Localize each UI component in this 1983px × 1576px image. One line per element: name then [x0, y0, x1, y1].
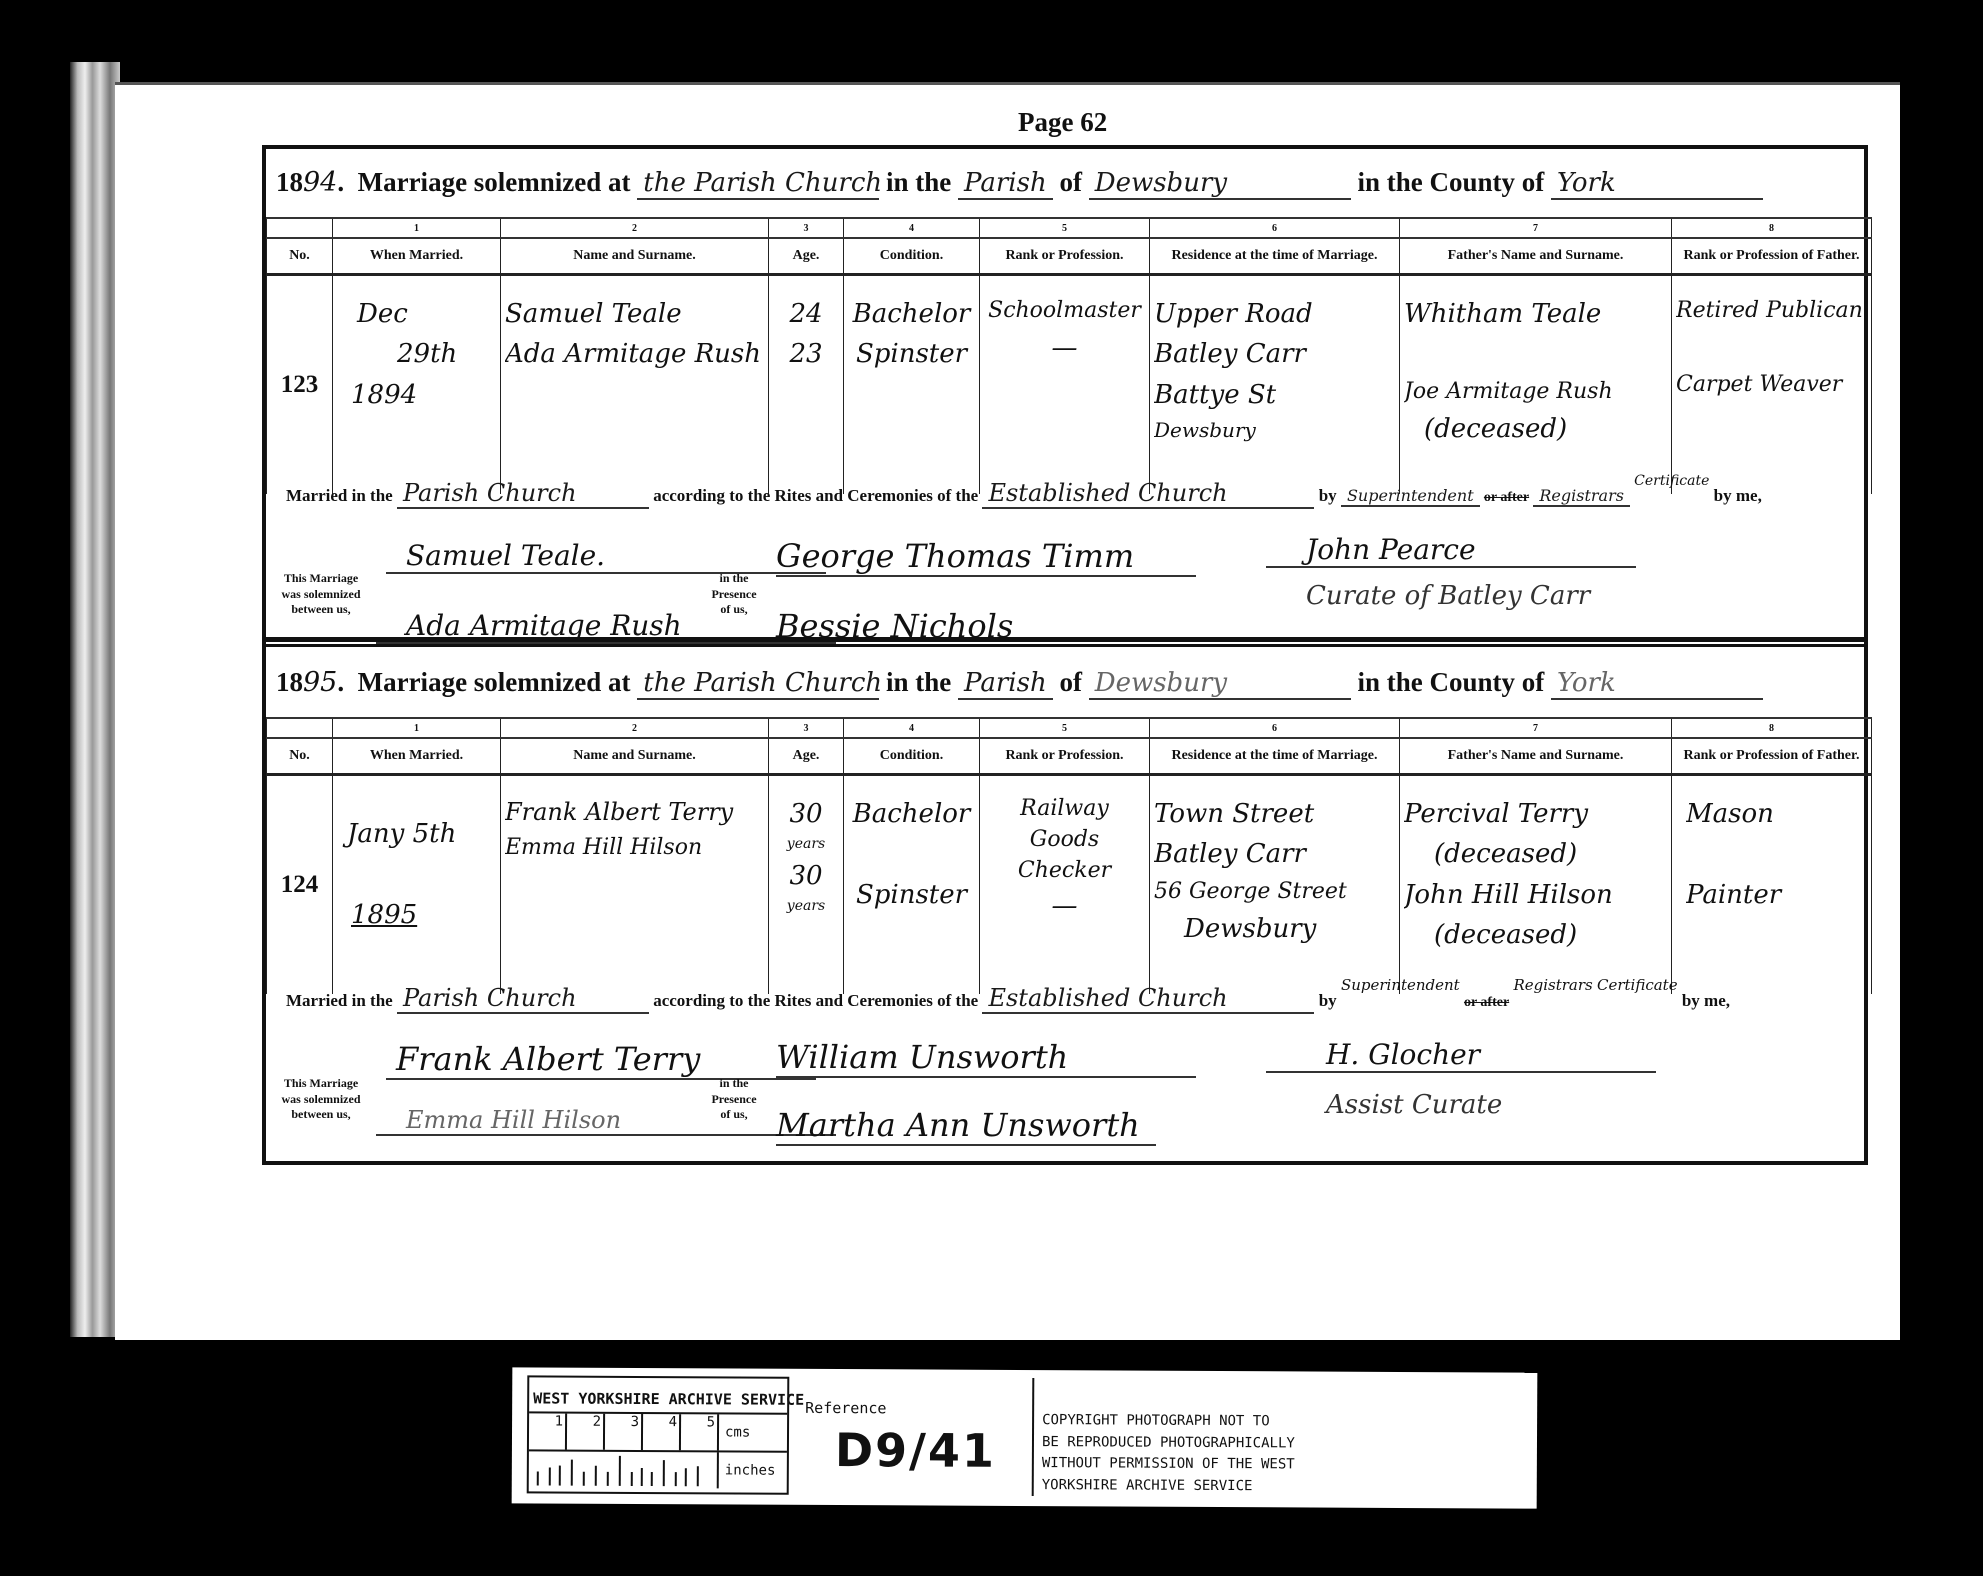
married-in-field: Parish Church [397, 479, 649, 509]
header-father-name: Father's Name and Surname. [1400, 738, 1672, 775]
day: 29th [337, 334, 496, 374]
groom-profession: Schoolmaster [984, 294, 1145, 328]
deceased-note: (deceased) [1404, 834, 1667, 874]
groom-signature: Samuel Teale. [386, 539, 826, 574]
header-age: Age. [769, 238, 844, 275]
year-printed: 18 [276, 167, 303, 198]
year-period: . [337, 667, 351, 698]
year-handwritten: 95 [303, 667, 337, 698]
bride-age: 30 [773, 856, 839, 896]
certificate-note: Certificate [1634, 473, 1709, 489]
witness-1-signature: George Thomas Timm [776, 537, 1196, 577]
married-in-label: Married in the [286, 991, 393, 1010]
residence-cell: Town Street Batley Carr 56 George Street… [1150, 775, 1400, 995]
year-period: . [337, 167, 351, 198]
parish-field: Dewsbury [1089, 668, 1351, 700]
groom-father-name: Percival Terry [1404, 794, 1667, 834]
parish-word-field: Parish [958, 668, 1053, 700]
header-no: No. [267, 238, 333, 275]
rites-field: Established Church [982, 984, 1314, 1014]
column-number: 8 [1672, 218, 1872, 238]
of-label: of [1059, 667, 1082, 698]
header-when-married: When Married. [333, 238, 501, 275]
columns-label [267, 718, 333, 738]
bride-profession: — [984, 328, 1145, 368]
label-line: Presence [704, 1092, 764, 1108]
groom-residence-line: Upper Road [1154, 294, 1395, 334]
header-age: Age. [769, 738, 844, 775]
column-number: 1 [333, 218, 501, 238]
cm-unit: cms [719, 1414, 787, 1450]
condition-cell: Bachelor Spinster [844, 775, 980, 995]
copyright-line: YORKSHIRE ARCHIVE SERVICE [1042, 1475, 1532, 1499]
father-name-cell: Percival Terry (deceased) John Hill Hils… [1400, 775, 1672, 995]
column-number: 2 [501, 718, 769, 738]
bride-name: Emma Hill Hilson [505, 831, 764, 865]
authority-field-2: Registrars [1513, 976, 1592, 994]
name-cell: Frank Albert Terry Emma Hill Hilson [501, 775, 769, 995]
parish-field: Dewsbury [1089, 168, 1351, 200]
this-marriage-label: This Marriage was solemnized between us, [276, 1076, 366, 1123]
bride-residence-line: 56 George Street [1154, 875, 1395, 909]
header-profession: Rank or Profession. [980, 738, 1150, 775]
year-handwritten: 94 [303, 167, 337, 198]
married-in-line: Married in the Parish Church according t… [286, 984, 1730, 1014]
label-line: in the [704, 1076, 764, 1092]
rites-label: according to the Rites and Ceremonies of… [653, 486, 978, 505]
label-line: was solemnized [276, 587, 366, 603]
groom-profession: Railway Goods Checker [984, 794, 1145, 886]
officiant-title: Curate of Batley Carr [1306, 581, 1590, 611]
columns-label [267, 218, 333, 238]
by-label: by [1319, 991, 1337, 1010]
certificate-note: Certificate [1597, 976, 1678, 994]
column-number: 5 [980, 718, 1150, 738]
officiant-signature: H. Glocher [1266, 1038, 1656, 1073]
table-row: 124 Jany 5th 1895 Frank Albert Terry Emm… [267, 775, 1872, 995]
book-binding-edge [70, 62, 120, 1337]
header-residence: Residence at the time of Marriage. [1150, 738, 1400, 775]
header-no: No. [267, 738, 333, 775]
scale-ruler-block: WEST YORKSHIRE ARCHIVE SERVICE 1 2 3 4 5… [527, 1375, 790, 1494]
groom-age: 24 [773, 294, 839, 334]
officiant-signature: John Pearce [1266, 533, 1636, 568]
deceased-note: (deceased) [1404, 915, 1667, 955]
column-number: 3 [769, 718, 844, 738]
groom-name: Frank Albert Terry [505, 794, 764, 831]
groom-name: Samuel Teale [505, 294, 764, 334]
header-father-name: Father's Name and Surname. [1400, 238, 1672, 275]
groom-father-profession: Retired Publican [1676, 294, 1867, 328]
header-profession: Rank or Profession. [980, 238, 1150, 275]
column-number: 8 [1672, 718, 1872, 738]
groom-age: 30 [773, 794, 839, 834]
in-the-label: in the [886, 167, 951, 198]
authority-field-2: Registrars [1533, 486, 1630, 507]
place-field: the Parish Church [637, 668, 879, 700]
reference-block: Reference D9/41 [799, 1377, 1035, 1496]
header-condition: Condition. [844, 738, 980, 775]
header-father-profession: Rank or Profession of Father. [1672, 238, 1872, 275]
entry-table: 1 2 3 4 5 6 7 8 No. When Married. Name a… [266, 717, 1872, 994]
married-in-label: Married in the [286, 486, 393, 505]
header-when-married: When Married. [333, 738, 501, 775]
of-label: of [1059, 167, 1082, 198]
place-field: the Parish Church [637, 168, 879, 200]
cm-tick: 3 [605, 1414, 643, 1450]
column-numbers-row: 1 2 3 4 5 6 7 8 [267, 218, 1872, 238]
label-line: of us, [704, 602, 764, 618]
by-label: by [1319, 486, 1337, 505]
groom-condition: Bachelor [848, 794, 975, 834]
rites-field: Established Church [982, 479, 1314, 509]
column-number: 1 [333, 718, 501, 738]
label-line: between us, [276, 1107, 366, 1123]
solemnized-at-label: Marriage solemnized at [358, 167, 631, 198]
entry-divider [266, 637, 1864, 647]
copyright-line: BE REPRODUCED PHOTOGRAPHICALLY [1042, 1432, 1532, 1456]
bride-father-name: John Hill Hilson [1404, 875, 1667, 915]
age-unit: years [773, 834, 839, 856]
entry-number: 123 [267, 275, 333, 495]
witness-2-signature: Martha Ann Unsworth [776, 1106, 1156, 1146]
column-headers-row: No. When Married. Name and Surname. Age.… [267, 238, 1872, 275]
bride-father-name: Joe Armitage Rush [1404, 375, 1667, 409]
bride-profession: — [984, 886, 1145, 926]
officiant-title: Assist Curate [1326, 1090, 1502, 1120]
in-the-label: in the [886, 667, 951, 698]
header-residence: Residence at the time of Marriage. [1150, 238, 1400, 275]
groom-residence-line: Town Street [1154, 794, 1395, 834]
witness-1-signature: William Unsworth [776, 1038, 1196, 1078]
cm-tick: 2 [567, 1414, 605, 1450]
parish-word-field: Parish [958, 168, 1053, 200]
column-number: 4 [844, 718, 980, 738]
authority-field: Superintendent [1341, 486, 1480, 507]
copyright-line: WITHOUT PERMISSION OF THE WEST [1042, 1453, 1532, 1477]
label-line: Presence [704, 587, 764, 603]
inch-unit: inches [719, 1452, 787, 1488]
table-row: 123 Dec 29th 1894 Samuel Teale Ada Armit… [267, 275, 1872, 495]
date: Jany 5th [337, 794, 496, 854]
inch-ticks-ruler [529, 1451, 719, 1488]
month: Dec [337, 294, 496, 334]
column-number: 4 [844, 218, 980, 238]
entry-title-line: 1895. Marriage solemnized at the Parish … [276, 667, 1856, 707]
bride-residence-line: Battye St [1154, 375, 1395, 415]
archive-reference-label: WEST YORKSHIRE ARCHIVE SERVICE 1 2 3 4 5… [512, 1367, 1538, 1508]
profession-cell: Schoolmaster — [980, 275, 1150, 495]
this-marriage-label: This Marriage was solemnized between us, [276, 571, 366, 618]
or-after-struck: or after [1464, 995, 1509, 1010]
column-number: 7 [1400, 718, 1672, 738]
year: 1895 [337, 895, 496, 935]
profession-cell: Railway Goods Checker — [980, 775, 1150, 995]
cm-tick: 4 [643, 1414, 681, 1450]
groom-residence-line: Batley Carr [1154, 334, 1395, 374]
column-number: 6 [1150, 718, 1400, 738]
county-field: York [1551, 668, 1763, 700]
column-number: 5 [980, 218, 1150, 238]
authority-field: Superintendent [1341, 976, 1460, 994]
header-father-profession: Rank or Profession of Father. [1672, 738, 1872, 775]
bride-residence-line: Dewsbury [1154, 909, 1395, 949]
county-field: York [1551, 168, 1763, 200]
reference-title: Reference [799, 1377, 1032, 1418]
entry-title-line: 1894. Marriage solemnized at the Parish … [276, 167, 1856, 207]
entry-table: 1 2 3 4 5 6 7 8 No. When Married. Name a… [266, 217, 1872, 494]
marriage-entry-123: 1894. Marriage solemnized at the Parish … [266, 149, 1864, 639]
copyright-notice: COPYRIGHT PHOTOGRAPH NOT TO BE REPRODUCE… [1042, 1410, 1532, 1499]
rites-label: according to the Rites and Ceremonies of… [653, 991, 978, 1010]
label-line: in the [704, 571, 764, 587]
when-married-cell: Dec 29th 1894 [333, 275, 501, 495]
presence-label: in the Presence of us, [704, 1076, 764, 1123]
reference-value: D9/41 [799, 1423, 1032, 1478]
groom-father-name: Whitham Teale [1404, 294, 1667, 334]
column-number: 6 [1150, 218, 1400, 238]
married-in-field: Parish Church [397, 984, 649, 1014]
condition-cell: Bachelor Spinster [844, 275, 980, 495]
county-label: in the County of [1357, 167, 1544, 198]
solemnized-at-label: Marriage solemnized at [358, 667, 631, 698]
label-line: This Marriage [276, 571, 366, 587]
inch-scale: inches [529, 1451, 787, 1488]
bride-condition: Spinster [848, 875, 975, 915]
bride-father-profession: Carpet Weaver [1676, 368, 1867, 402]
when-married-cell: Jany 5th 1895 [333, 775, 501, 995]
column-number: 3 [769, 218, 844, 238]
county-label: in the County of [1357, 667, 1544, 698]
father-name-cell: Whitham Teale Joe Armitage Rush (decease… [1400, 275, 1672, 495]
age-cell: 24 23 [769, 275, 844, 495]
by-me-label: by me, [1714, 486, 1762, 505]
bride-age: 23 [773, 334, 839, 374]
name-cell: Samuel Teale Ada Armitage Rush [501, 275, 769, 495]
bride-signature: Emma Hill Hilson [376, 1106, 836, 1136]
label-line: was solemnized [276, 1092, 366, 1108]
by-me-label: by me, [1682, 991, 1730, 1010]
bride-condition: Spinster [848, 334, 975, 374]
marriage-entry-124: 1895. Marriage solemnized at the Parish … [266, 649, 1864, 1161]
column-number: 7 [1400, 218, 1672, 238]
label-line: of us, [704, 1107, 764, 1123]
column-number: 2 [501, 218, 769, 238]
bride-name: Ada Armitage Rush [505, 334, 764, 374]
deceased-note: (deceased) [1404, 409, 1667, 449]
father-profession-cell: Mason Painter [1672, 775, 1872, 995]
entry-number: 124 [267, 775, 333, 995]
year-printed: 18 [276, 667, 303, 698]
age-cell: 30 years 30 years [769, 775, 844, 995]
cm-scale: 1 2 3 4 5 cms [529, 1413, 787, 1452]
year: 1894 [337, 375, 496, 415]
header-name: Name and Surname. [501, 238, 769, 275]
header-name: Name and Surname. [501, 738, 769, 775]
married-in-line: Married in the Parish Church according t… [286, 479, 1762, 509]
or-after-struck: or after [1484, 490, 1529, 505]
label-line: This Marriage [276, 1076, 366, 1092]
age-unit: years [773, 896, 839, 918]
presence-label: in the Presence of us, [704, 571, 764, 618]
groom-condition: Bachelor [848, 294, 975, 334]
page-number: Page 62 [1018, 107, 1107, 138]
bride-residence-line: Dewsbury [1154, 415, 1395, 446]
cm-tick: 5 [681, 1414, 719, 1450]
label-line: between us, [276, 602, 366, 618]
marriage-register-form: 1894. Marriage solemnized at the Parish … [262, 145, 1868, 1165]
groom-signature: Frank Albert Terry [386, 1040, 816, 1080]
father-profession-cell: Retired Publican Carpet Weaver [1672, 275, 1872, 495]
header-condition: Condition. [844, 238, 980, 275]
copyright-line: COPYRIGHT PHOTOGRAPH NOT TO [1042, 1410, 1532, 1434]
archive-organization: WEST YORKSHIRE ARCHIVE SERVICE [529, 1377, 787, 1414]
cm-tick: 1 [529, 1413, 567, 1449]
groom-residence-line: Batley Carr [1154, 834, 1395, 874]
bride-father-profession: Painter [1686, 875, 1867, 915]
column-numbers-row: 1 2 3 4 5 6 7 8 [267, 718, 1872, 738]
residence-cell: Upper Road Batley Carr Battye St Dewsbur… [1150, 275, 1400, 495]
column-headers-row: No. When Married. Name and Surname. Age.… [267, 738, 1872, 775]
groom-father-profession: Mason [1686, 794, 1867, 834]
